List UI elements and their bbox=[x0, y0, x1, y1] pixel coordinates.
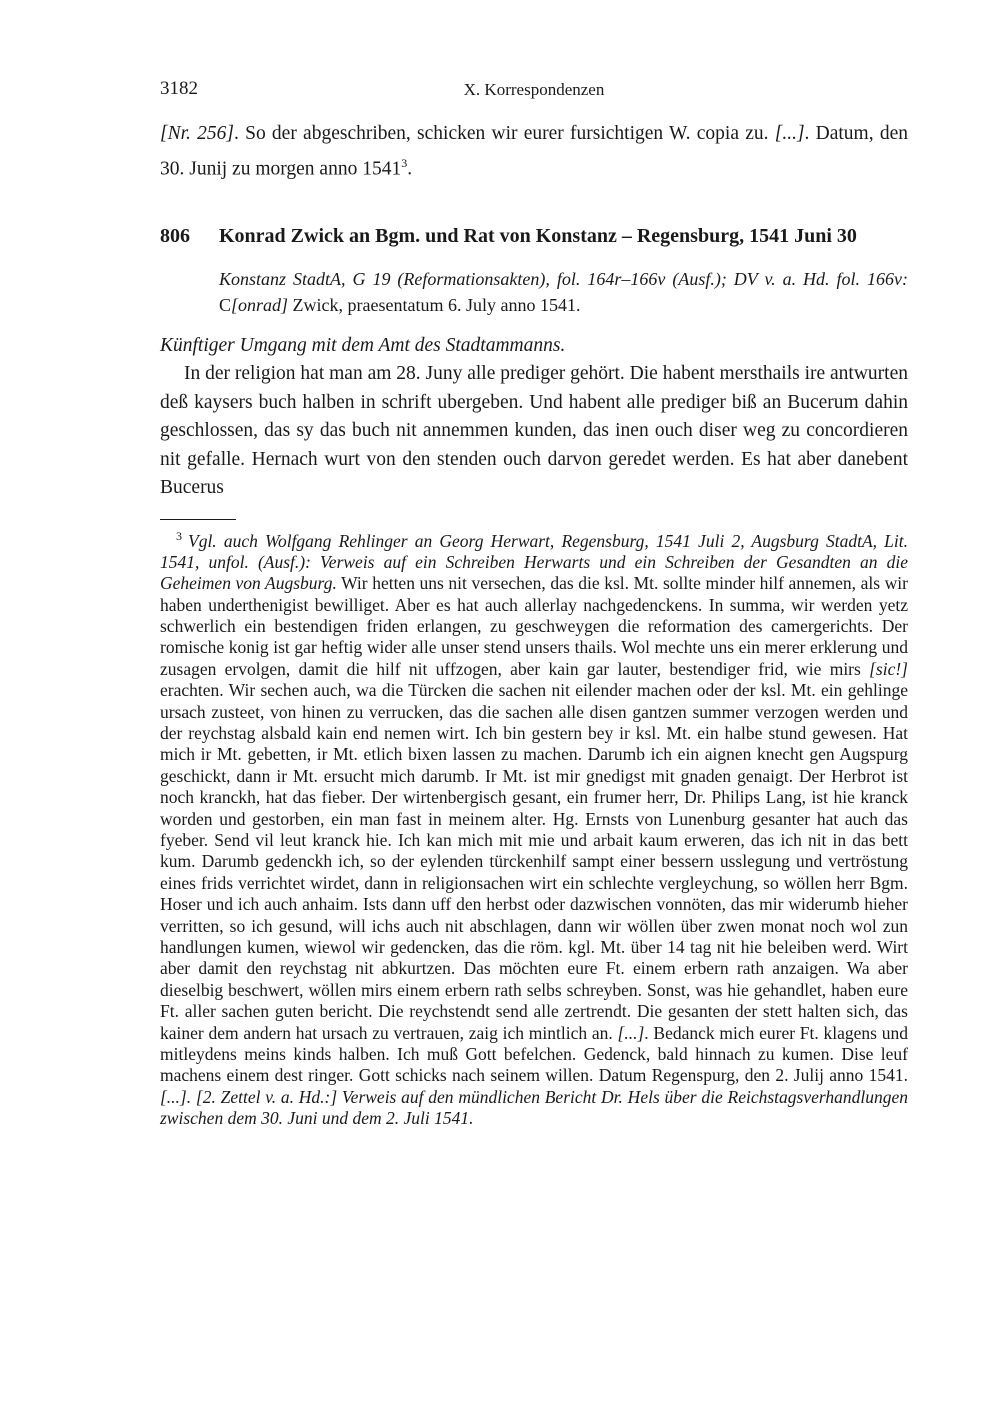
source-citation: Konstanz StadtA, G 19 (Reformationsakten… bbox=[219, 266, 908, 318]
carryover-paragraph: [Nr. 256]. So der abgeschriben, schicken… bbox=[160, 120, 908, 184]
document-page: 3182 X. Korrespondenzen [Nr. 256]. So de… bbox=[160, 78, 908, 1147]
entry-summary: Künftiger Umgang mit dem Amt des Stadtam… bbox=[160, 332, 908, 361]
omission-mark: [...] bbox=[775, 123, 805, 144]
running-head: 3182 X. Korrespondenzen bbox=[160, 78, 908, 108]
entry-heading: 806 Konrad Zwick an Bgm. und Rat von Kon… bbox=[160, 222, 908, 250]
footnote-divider bbox=[160, 519, 236, 520]
cross-reference: [Nr. 256] bbox=[160, 123, 234, 144]
footnote-mark: 3 bbox=[176, 529, 182, 543]
footnote-3: 3Vgl. auch Wolfgang Rehlinger an Georg H… bbox=[160, 526, 908, 1130]
entry-title: Konrad Zwick an Bgm. und Rat von Konstan… bbox=[219, 222, 908, 250]
entry-number: 806 bbox=[160, 222, 219, 250]
letter-body: In der religion hat man am 28. Juny alle… bbox=[160, 360, 908, 503]
section-title: X. Korrespondenzen bbox=[160, 80, 908, 100]
